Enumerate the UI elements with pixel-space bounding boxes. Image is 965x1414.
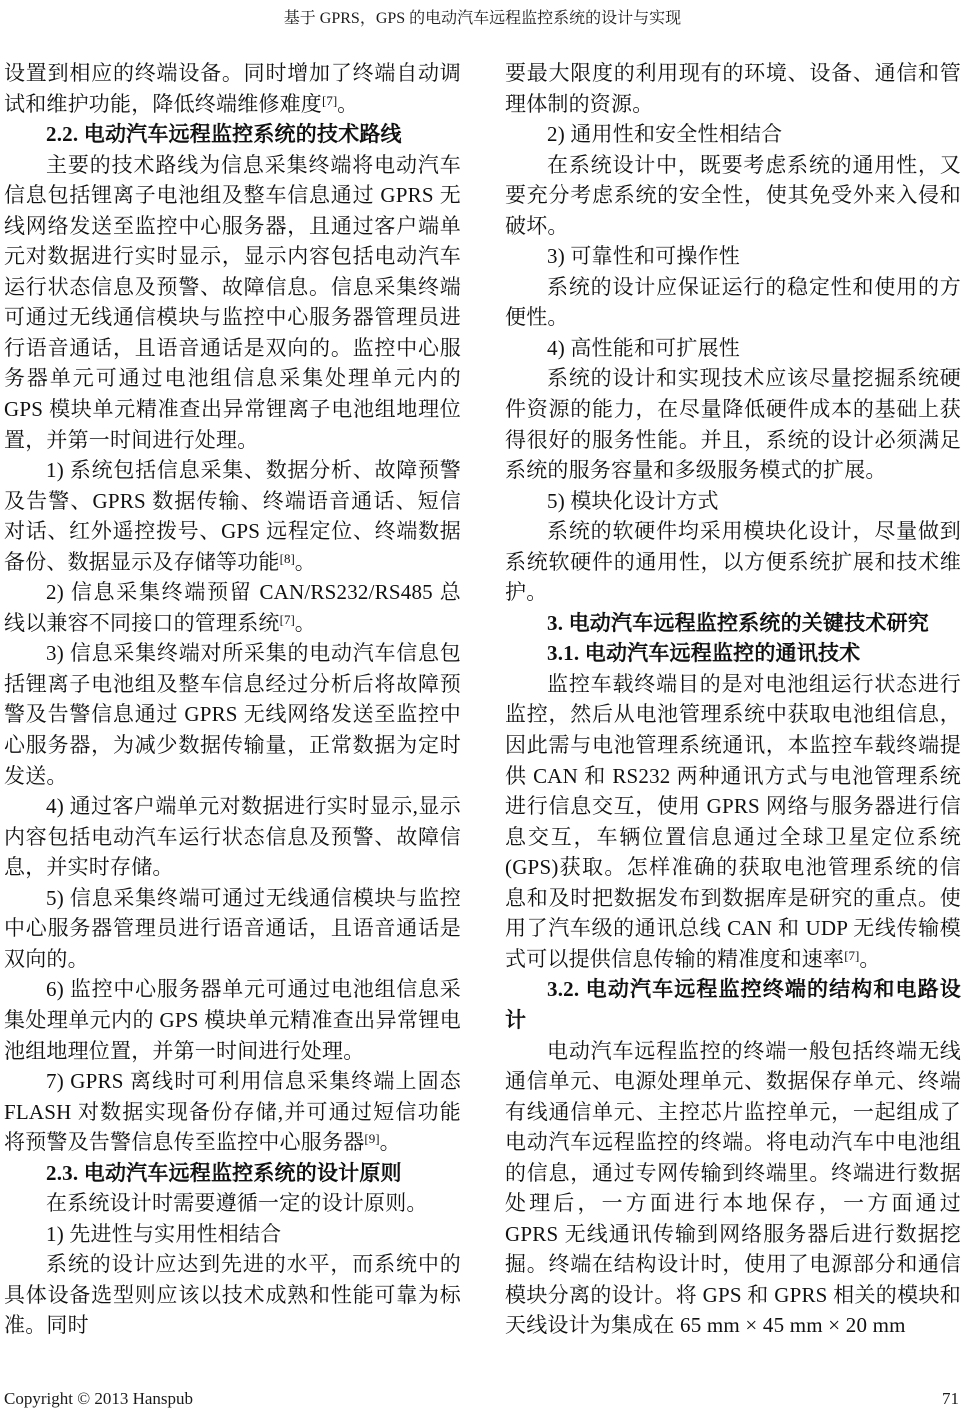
paragraph-continuation-from-previous-page: 设置到相应的终端设备。同时增加了终端自动调试和维护功能，降低终端维修难度[7]。 xyxy=(4,58,461,119)
paragraph-text: 。 xyxy=(295,550,316,574)
paragraph-text: 。 xyxy=(337,92,358,116)
citation-ref-7: [7] xyxy=(280,612,295,627)
citation-ref-9: [9] xyxy=(364,1131,379,1146)
citation-ref-7: [7] xyxy=(844,948,859,963)
paragraph-text: 1) 系统包括信息采集、数据分析、故障预警及告警、GPRS 数据传输、终端语音通… xyxy=(4,458,461,574)
right-column: 要最大限度的利用现有的环境、设备、通信和管理体制的资源。 2) 通用性和安全性相… xyxy=(505,58,961,1341)
paragraph-technical-route: 主要的技术路线为信息采集终端将电动汽车信息包括锂离子电池组及整车信息通过 GPR… xyxy=(4,150,461,455)
page-footer: Copyright © 2013 Hanspub 71 xyxy=(4,1387,959,1411)
paragraph-principle-1-body: 系统的设计应达到先进的水平，而系统中的具体设备选型则应该以技术成熟和性能可靠为标… xyxy=(4,1249,461,1341)
list-item-principle-1: 1) 先进性与实用性相结合 xyxy=(4,1219,461,1250)
paragraph-design-principles-intro: 在系统设计时需要遵循一定的设计原则。 xyxy=(4,1188,461,1219)
list-item-4: 4) 通过客户端单元对数据进行实时显示,显示内容包括电动汽车运行状态信息及预警、… xyxy=(4,791,461,883)
paragraph-terminal-structure: 电动汽车远程监控的终端一般包括终端无线通信单元、电源处理单元、数据保存单元、终端… xyxy=(505,1036,961,1341)
paragraph-text: 。 xyxy=(380,1130,401,1154)
list-item-principle-3: 3) 可靠性和可操作性 xyxy=(505,241,961,272)
citation-ref-7: [7] xyxy=(322,93,337,108)
list-item-3: 3) 信息采集终端对所采集的电动汽车信息包括锂离子电池组及整车信息经过分析后将故… xyxy=(4,638,461,791)
paragraph-principle-5-body: 系统的软硬件均采用模块化设计，尽量做到系统软硬件的通用性，以方便系统扩展和技术维… xyxy=(505,516,961,608)
paragraph-principle-2-body: 在系统设计中，既要考虑系统的通用性，又要充分考虑系统的安全性，使其免受外来入侵和… xyxy=(505,150,961,242)
list-item-5: 5) 信息采集终端可通过无线通信模块与监控中心服务器管理员进行语音通话，且语音通… xyxy=(4,883,461,975)
paragraph-principle-4-body: 系统的设计和实现技术应该尽量挖掘系统硬件资源的能力，在尽量降低硬件成本的基础上获… xyxy=(505,363,961,485)
paragraph-principle-3-body: 系统的设计应保证运行的稳定性和使用的方便性。 xyxy=(505,272,961,333)
list-item-principle-4: 4) 高性能和可扩展性 xyxy=(505,333,961,364)
running-head-title: 基于 GPRS，GPS 的电动汽车远程监控系统的设计与实现 xyxy=(0,7,965,31)
citation-ref-8: [8] xyxy=(280,551,295,566)
list-item-7: 7) GPRS 离线时可利用信息采集终端上固态 FLASH 对数据实现备份存储,… xyxy=(4,1066,461,1158)
left-column: 设置到相应的终端设备。同时增加了终端自动调试和维护功能，降低终端维修难度[7]。… xyxy=(4,58,461,1341)
page-number: 71 xyxy=(942,1387,959,1411)
paragraph-communication-technology: 监控车载终端目的是对电池组运行状态进行监控，然后从电池管理系统中获取电池组信息，… xyxy=(505,669,961,974)
section-heading-2-2: 2.2. 电动汽车远程监控系统的技术路线 xyxy=(4,119,461,150)
list-item-principle-2: 2) 通用性和安全性相结合 xyxy=(505,119,961,150)
list-item-1: 1) 系统包括信息采集、数据分析、故障预警及告警、GPRS 数据传输、终端语音通… xyxy=(4,455,461,577)
paragraph-text: 。 xyxy=(295,611,316,635)
section-heading-3-2: 3.2. 电动汽车远程监控终端的结构和电路设计 xyxy=(505,974,961,1035)
copyright-notice: Copyright © 2013 Hanspub xyxy=(4,1387,193,1411)
paragraph-text: 设置到相应的终端设备。同时增加了终端自动调试和维护功能，降低终端维修难度 xyxy=(4,61,461,116)
paragraph-continuation-from-left-column: 要最大限度的利用现有的环境、设备、通信和管理体制的资源。 xyxy=(505,58,961,119)
section-heading-3: 3. 电动汽车远程监控系统的关键技术研究 xyxy=(505,608,961,639)
paragraph-text: 监控车载终端目的是对电池组运行状态进行监控，然后从电池管理系统中获取电池组信息，… xyxy=(505,672,961,971)
list-item-principle-5: 5) 模块化设计方式 xyxy=(505,486,961,517)
list-item-2: 2) 信息采集终端预留 CAN/RS232/RS485 总线以兼容不同接口的管理… xyxy=(4,577,461,638)
section-heading-3-1: 3.1. 电动汽车远程监控的通讯技术 xyxy=(505,638,961,669)
paragraph-text: 2) 信息采集终端预留 CAN/RS232/RS485 总线以兼容不同接口的管理… xyxy=(4,580,461,635)
list-item-6: 6) 监控中心服务器单元可通过电池组信息采集处理单元内的 GPS 模块单元精准查… xyxy=(4,974,461,1066)
section-heading-2-3: 2.3. 电动汽车远程监控系统的设计原则 xyxy=(4,1158,461,1189)
paragraph-text: 。 xyxy=(859,947,880,971)
